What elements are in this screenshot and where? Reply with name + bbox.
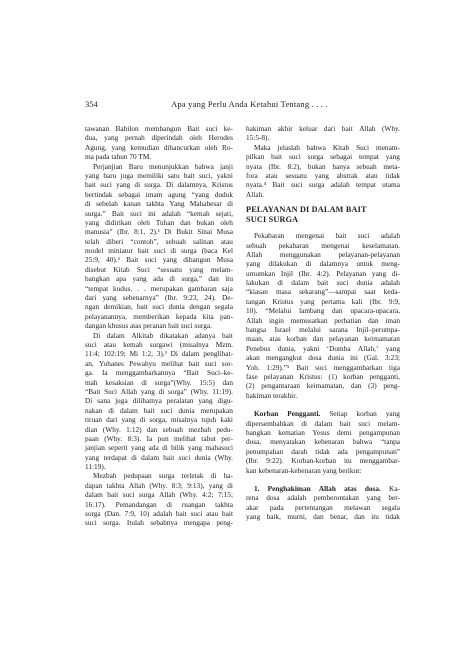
text-line: 25:9,40).²BaitsuciyangdibangunMusa xyxy=(85,255,233,264)
text-line: Allah. xyxy=(246,190,400,199)
text-line: hakimanakhirkeluardaribaitAllah(Why. xyxy=(246,124,400,133)
text-line: yangbarujugamemilikisatubaitsuci,yakni xyxy=(85,171,233,180)
text-line: “kiasanmasasekarang”—sampaisaatkeda- xyxy=(246,287,400,296)
paragraph: Pekabaranmengenaibaitsuciadalahsebuahpek… xyxy=(246,231,400,400)
paragraph: hakimanakhirkeluardaribaitAllah(Why.15:5… xyxy=(246,124,400,143)
text-line: lakukandidalambaitsuciduniaadalah xyxy=(246,278,400,287)
text-line: tawananBabilonmembangunBaitsucike- xyxy=(85,124,233,133)
book-page: 354 Apa yang Perlu Anda Ketahui Tentang … xyxy=(0,0,460,650)
paragraph: DidalamAlkitabdikatakanadanyabaitsuciata… xyxy=(85,331,233,472)
text-line: PerjanjianBarumenunjukkanbahwajanji xyxy=(85,162,233,171)
text-line: nyata(Ibr.8:2),bukanhanyasebuahmeta- xyxy=(246,162,400,171)
text-line: 10).“Melaluilambangdanupacara-upacara, xyxy=(246,306,400,315)
text-line: yangdilakukandidalamnyauntukmeng- xyxy=(246,259,400,268)
text-line: Pekabaranmengenaibaitsuciadalah xyxy=(246,231,400,240)
text-line: telahdiberi“contoh”,sebuahsalinanatau xyxy=(85,237,233,246)
text-line: Mezbahpedupaansurgaterletakdiha- xyxy=(85,471,233,480)
text-line: paan(Why.8:3).Iapunmelihattabutper- xyxy=(85,434,233,443)
section-heading: PELAYANAN DI DALAM BAITSUCI SURGA xyxy=(246,205,400,225)
text-line: (Ibr.9:22).Korban-korbanitumenggambar- xyxy=(246,456,400,465)
text-line: KorbanPengganti.Setiapkorbanyang xyxy=(246,409,400,418)
text-line: renadosaadalahpemberontakanyangber- xyxy=(246,493,400,502)
text-line: dosa,menyatakankebenaranbahwa“tanpa xyxy=(246,437,400,446)
text-line: ma pada tahun 70 TM. xyxy=(85,152,233,161)
text-line: bangkankematianYesusdemipengampunan xyxy=(246,428,400,437)
text-line: modelminiaturbaitsucidisurga(bacaKel xyxy=(85,246,233,255)
paragraph: Mezbahpedupaansurgaterletakdiha-dapantak… xyxy=(85,471,233,527)
text-line: 16:17).Pemandangandiruangantakhta xyxy=(85,500,233,509)
heading-line: SUCI SURGA xyxy=(246,215,400,225)
text-line: an,YohanesPewahyumelihatbaitsucisor- xyxy=(85,359,233,368)
text-line: fasepelayananKristus:(1)korbanpengganti, xyxy=(246,372,400,381)
text-line: suciataukemahsurgawi(misalnyaMzm. xyxy=(85,340,233,349)
text-line: pelayanannya,memberikankepadakitapan- xyxy=(85,312,233,321)
text-line: Agung,yangkemudiandihancurkanolehRo- xyxy=(85,143,233,152)
right-column: hakimanakhirkeluardaribaitAllah(Why.15:5… xyxy=(246,124,400,528)
text-line: bangkanapayangadadisurga,”danitu xyxy=(85,274,233,283)
text-line: penumpahandarahtidakadapengampunan” xyxy=(246,447,400,456)
text-line: dariyangsebenarnya”(Ibr.9:23,24).De- xyxy=(85,293,233,302)
text-line: dangan khusus atas peranan bait suci sur… xyxy=(85,321,233,330)
text-line: tiruandariyangdisorga,misalnyatujuhkaki xyxy=(85,415,233,424)
text-line: dipersembahkandidalambaitsucimelam- xyxy=(246,419,400,428)
text-line: maan,ataskorbandanpelayanankeimamatan xyxy=(246,334,400,343)
text-line: dalambaitsucisurgaAllah(Why.4:2;7:15; xyxy=(85,490,233,499)
text-line: akanmengangkutdosaduniaini(Gal.3:23; xyxy=(246,353,400,362)
text-line: sucisorga.Itulahsebabnyamengapapeng- xyxy=(85,518,233,527)
text-line: (2)pengantaraankeimamatan,dan(3)peng- xyxy=(246,381,400,390)
paragraph: tawananBabilonmembangunBaitsucike-dua,ya… xyxy=(85,124,233,162)
text-line: tanganKristusyangpertamakali(Ibr.9:9, xyxy=(246,297,400,306)
text-line: disebutKitabSuci“sesuatuyangmelam- xyxy=(85,265,233,274)
text-line: 11:4;102:19;Mi1:2,3).³Didalampenglihat- xyxy=(85,349,233,358)
text-line: Disanajugadilihatnyaperalatanyangdigu- xyxy=(85,396,233,405)
text-line: yangdidirikanolehTuhandanbukanoleh xyxy=(85,218,233,227)
text-line: 15:5-8). xyxy=(246,133,400,142)
text-line: bertindaksebagaiimamagung“yangduduk xyxy=(85,190,233,199)
paragraph: PerjanjianBarumenunjukkanbahwajanjiyangb… xyxy=(85,162,233,331)
text-line: sebuahpekabaranmengenaikeselamatan. xyxy=(246,241,400,250)
text-line: Allahinginmemusatkanperhatiandaniman xyxy=(246,316,400,325)
text-line: akarpadapertentanganmelawansegala xyxy=(246,503,400,512)
text-line: manusia”(Ibr.8:1,2).¹DiBukitSinaiMusa xyxy=(85,227,233,236)
text-line: sorga(Dan.7:9,10)adalahbaitsuciataubait xyxy=(85,509,233,518)
paragraph: 1.PenghakimanAllahatasdosa.Ka-renadosaad… xyxy=(246,484,400,522)
text-line: yangterdapatdidalambaitsucidunia(Why. xyxy=(85,453,233,462)
text-line: dapantakhtaAllah(Why.8:3;9:13),yangdi xyxy=(85,481,233,490)
heading-line: PELAYANAN DI DALAM BAIT xyxy=(246,205,400,215)
text-line: “tempatkudus...merupakangambaransaja xyxy=(85,284,233,293)
page-header: 354 Apa yang Perlu Anda Ketahui Tentang … xyxy=(85,99,400,111)
text-line: foraatausesuatuyangabstrakatautidak xyxy=(246,171,400,180)
text-line: mahkesaksiandisurga”(Why.15:5)dan xyxy=(85,378,233,387)
text-columns: tawananBabilonmembangunBaitsucike-dua,ya… xyxy=(85,124,400,528)
text-line: 11:19). xyxy=(85,462,233,471)
text-line: pilkanbaitsucisurgasebagaitempatyang xyxy=(246,152,400,161)
text-line: umumkanInjil(Ibr.4:2).Pelayananyangdi- xyxy=(246,269,400,278)
text-line: bangsaIsraelmelaluisaranaInjil–perumpa- xyxy=(246,325,400,334)
paragraph: KorbanPengganti.Setiapkorbanyangdipersem… xyxy=(246,409,400,475)
text-line: nakandidalambaitsuciduniamerupakan xyxy=(85,406,233,415)
text-line: nyata.⁴Baitsucisurgaadalahtempatutama xyxy=(246,180,400,189)
paragraph: MakajelaslahbahwaKitabSucimenam-pilkanba… xyxy=(246,143,400,199)
text-line: 1.PenghakimanAllahatasdosa.Ka- xyxy=(246,484,400,493)
text-line: DidalamAlkitabdikatakanadanyabait xyxy=(85,331,233,340)
text-line: Penebusdunia,yakni‘DombaAllah,’yang xyxy=(246,344,400,353)
text-line: hakiman terakhir. xyxy=(246,391,400,400)
text-line: dua,yangpernahdiperindaholehHerodes xyxy=(85,133,233,142)
running-title: Apa yang Perlu Anda Ketahui Tentang . . … xyxy=(99,99,400,109)
text-line: baitsuciyangdisurga.Didalamnya,Kristus xyxy=(85,180,233,189)
text-line: Yoh.1:29).”⁵Baitsucimenggambarkantiga xyxy=(246,363,400,372)
text-line: surga.”Baitsuciiniadalah“kemahsejati, xyxy=(85,209,233,218)
text-line: janjiansepertiyangadadibilikyangmahasuci xyxy=(85,443,233,452)
left-column: tawananBabilonmembangunBaitsucike-dua,ya… xyxy=(85,124,233,528)
text-line: disebelahkanantakhtaYangMahabesardi xyxy=(85,199,233,208)
text-line: “BaitSuciAllahyangdisorga”(Why.11:19). xyxy=(85,387,233,396)
text-line: dian(Why.1:12)dansebuahmezbahpedu- xyxy=(85,425,233,434)
text-line: kan kebenaran-kebenaran yang berikut: xyxy=(246,466,400,475)
text-line: ga.Iamenggambarkannya“BaitSuci–ke- xyxy=(85,368,233,377)
text-line: yangbaik,murni,danbenar,danitutidak xyxy=(246,512,400,521)
text-line: Allahmenggunakanpelayanan-pelayanan xyxy=(246,250,400,259)
page-number: 354 xyxy=(85,99,98,109)
text-line: MakajelaslahbahwaKitabSucimenam- xyxy=(246,143,400,152)
text-line: ngandemikian,baitsuciduniadengansegala xyxy=(85,302,233,311)
